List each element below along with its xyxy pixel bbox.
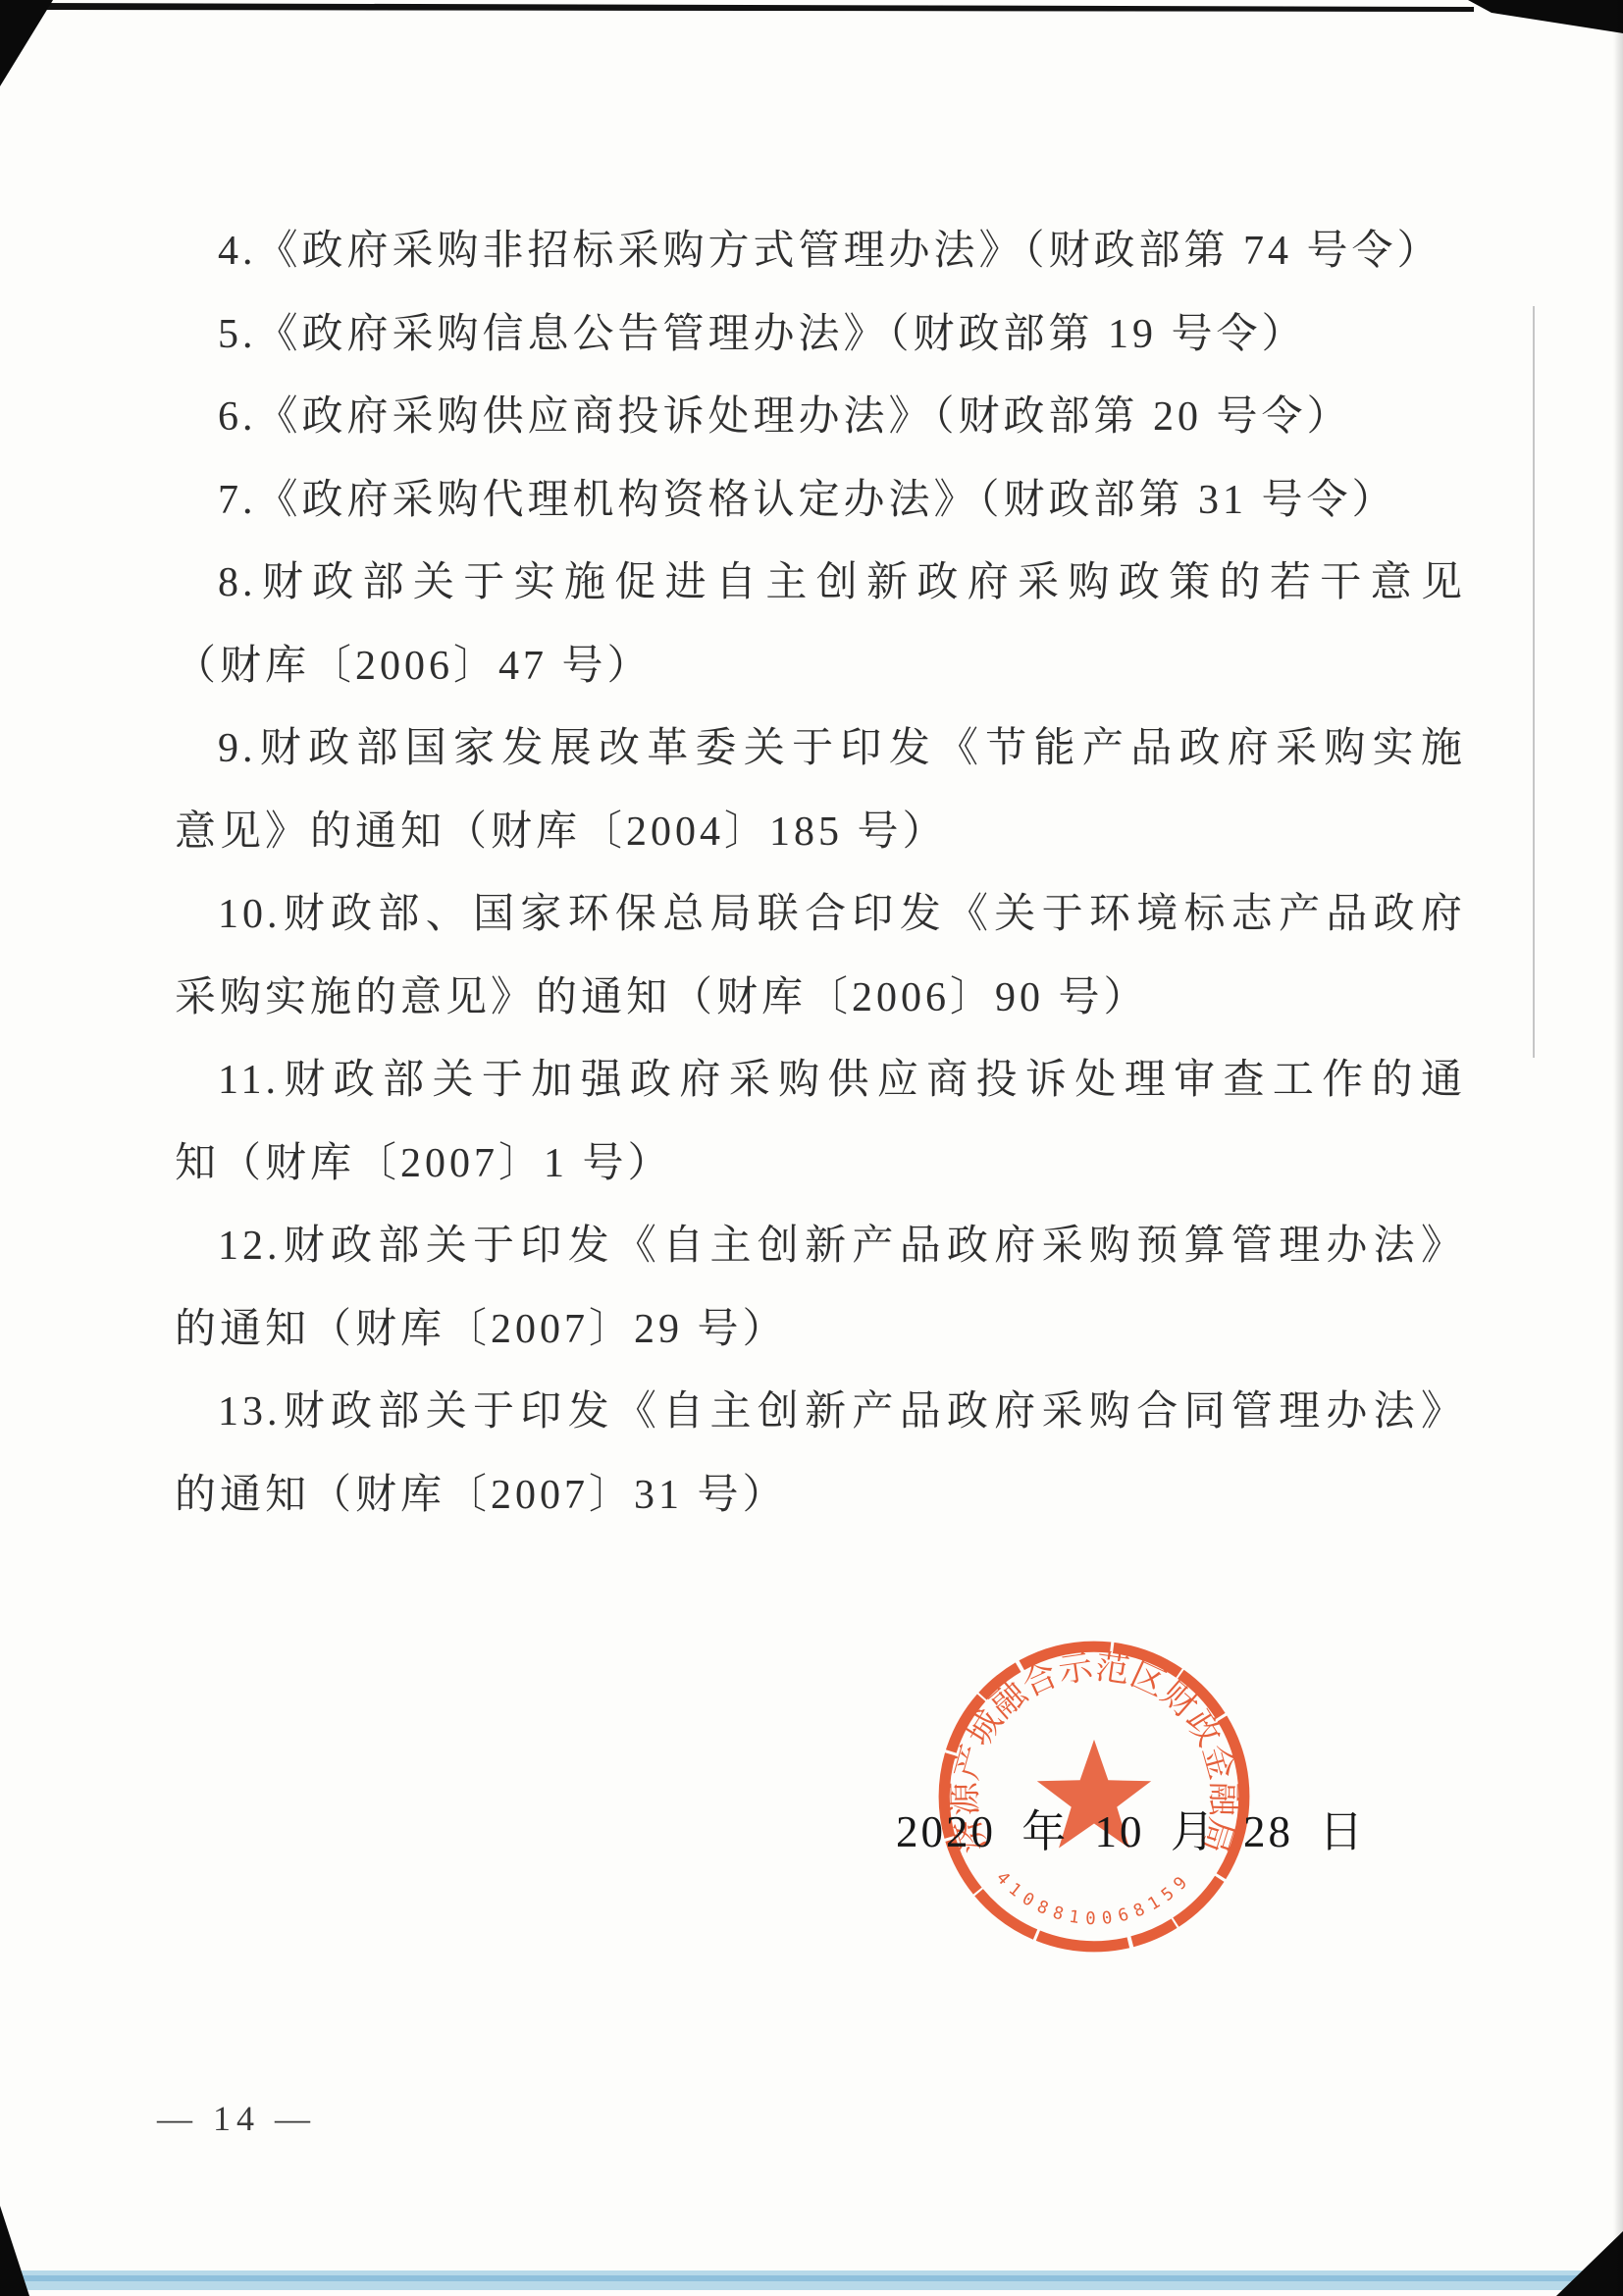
- page-number: — 14 —: [157, 2098, 316, 2139]
- body-line: 4.《政府采购非招标采购方式管理办法》（财政部第 74 号令）: [175, 210, 1466, 293]
- scan-bottom-blue-strip: [22, 2270, 1623, 2290]
- body-line: （财库〔2006〕47 号）: [175, 625, 1466, 708]
- body-line: 7.《政府采购代理机构资格认定办法》（财政部第 31 号令）: [175, 459, 1466, 543]
- body-line: 意见》的通知（财库〔2004〕185 号）: [175, 791, 1466, 874]
- scan-right-edge-shadow: [1613, 0, 1623, 2296]
- body-line: 知（财库〔2007〕1 号）: [175, 1122, 1466, 1206]
- document-body: 4.《政府采购非招标采购方式管理办法》（财政部第 74 号令） 5.《政府采购信…: [175, 210, 1466, 1537]
- body-line: 的通知（财库〔2007〕31 号）: [175, 1454, 1466, 1538]
- body-line: 10.财政部、国家环保总局联合印发《关于环境标志产品政府: [175, 873, 1466, 957]
- body-line: 9.财政部国家发展改革委关于印发《节能产品政府采购实施: [175, 707, 1466, 791]
- issue-date: 2020 年 10 月 28 日: [896, 1796, 1366, 1859]
- scan-corner-top-left: [0, 0, 53, 86]
- document-page: 4.《政府采购非招标采购方式管理办法》（财政部第 74 号令） 5.《政府采购信…: [0, 0, 1623, 2296]
- body-line: 5.《政府采购信息公告管理办法》（财政部第 19 号令）: [175, 293, 1466, 377]
- scan-crease-line: [1533, 306, 1535, 1058]
- body-line: 13.财政部关于印发《自主创新产品政府采购合同管理办法》: [175, 1371, 1466, 1454]
- body-line: 的通知（财库〔2007〕29 号）: [175, 1288, 1466, 1372]
- body-line: 采购实施的意见》的通知（财库〔2006〕90 号）: [175, 957, 1466, 1040]
- seal-code-text: 4108810068159: [992, 1868, 1196, 1929]
- scan-corner-top-right: [1468, 0, 1623, 33]
- body-line: 8.财政部关于实施促进自主创新政府采购政策的若干意见: [175, 542, 1466, 625]
- scan-bottom-blue-line: [22, 2275, 1623, 2281]
- scan-top-line: [37, 3, 1474, 12]
- body-line: 6.《政府采购供应商投诉处理办法》（财政部第 20 号令）: [175, 376, 1466, 459]
- body-line: 12.财政部关于印发《自主创新产品政府采购预算管理办法》: [175, 1205, 1466, 1288]
- body-line: 11.财政部关于加强政府采购供应商投诉处理审查工作的通: [175, 1039, 1466, 1122]
- scan-corner-bottom-left: [0, 2206, 29, 2296]
